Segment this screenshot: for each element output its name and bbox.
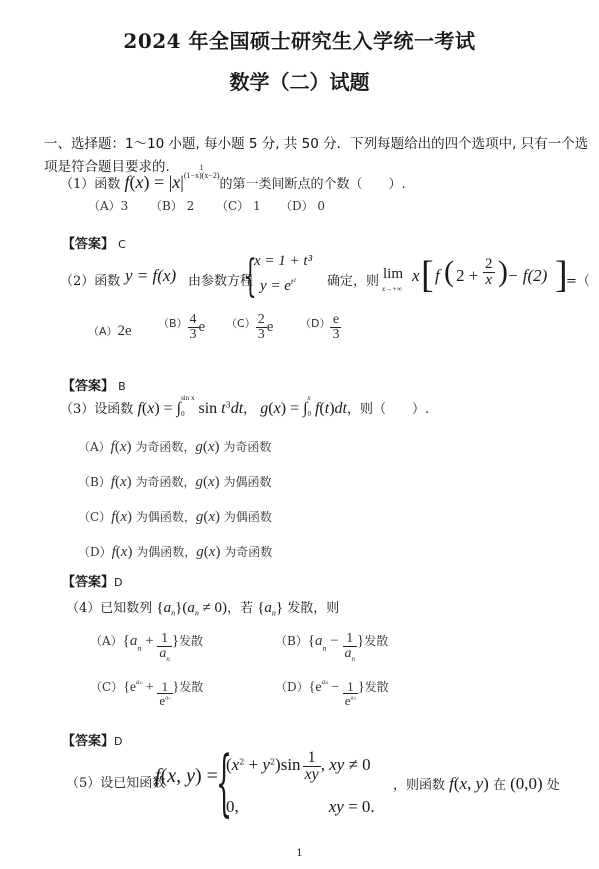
option-b[interactable]: （B） 2 xyxy=(150,197,216,214)
question-text-2: 确定，则 xyxy=(327,270,379,289)
q2-options: （A）2e （B）43e （C）23e （D）e3 xyxy=(88,313,388,353)
option-c[interactable]: （C）{eaₙ + 1eaₙ}发散 xyxy=(90,680,203,707)
answer-q3: 【答案】D xyxy=(62,571,123,590)
option-a[interactable]: （A）2e xyxy=(88,323,132,340)
exam-subtitle: 数学（二）试题 xyxy=(0,66,599,95)
answer-value: D xyxy=(114,576,122,589)
exponent-fraction: 1(1−x)(x−2) xyxy=(184,164,220,180)
param-eq-1: x = 1 + t³ xyxy=(254,253,312,270)
answer-label: 【答案】 xyxy=(62,237,114,252)
option-d[interactable]: （D） 0 xyxy=(280,199,325,213)
expr-x: x xyxy=(412,266,420,286)
answer-q1: 【答案】 C xyxy=(62,233,126,252)
answer-q2: 【答案】 B xyxy=(62,375,126,394)
fraction: 2x xyxy=(483,257,495,288)
section-instructions-line1: 一、选择题：1～10 小题, 每小题 5 分, 共 50 分．下列每题给出的四个… xyxy=(44,132,588,152)
answer-value: D xyxy=(114,735,122,748)
function-lhs: f(x, y) = xyxy=(155,765,218,788)
option-c[interactable]: （C） 1 xyxy=(216,197,280,214)
question-text: 函数 xyxy=(94,177,120,192)
option-d[interactable]: （D）{eaₙ − 1eaₙ}发散 xyxy=(275,680,389,707)
question-number: （1） xyxy=(60,177,94,192)
option-b[interactable]: （B）{an − 1an}发散 xyxy=(275,632,388,663)
option-b[interactable]: （B）f(x) 为奇函数，g(x) 为偶函数 xyxy=(78,473,272,491)
q1-options: （A）3（B） 2（C） 1（D） 0 xyxy=(88,197,325,214)
option-a[interactable]: （A）{an + 1an}发散 xyxy=(90,632,203,663)
question-number: （2）函数 xyxy=(60,270,120,289)
option-c[interactable]: （C）f(x) 为偶函数，g(x) 为偶函数 xyxy=(78,508,272,526)
param-eq-2: y = et² xyxy=(260,277,296,295)
question-suffix: ，则（ ）. xyxy=(347,402,429,417)
answer-label: 【答案】 xyxy=(62,734,114,749)
case-1: (x2 + y2)sin1xy, xy ≠ 0 xyxy=(226,750,371,783)
question-suffix: 的第一类间断点的个数（ ）. xyxy=(220,177,406,192)
question-number: （4） xyxy=(66,601,100,616)
answer-label: 【答案】 xyxy=(62,575,114,590)
expr-f: f xyxy=(435,266,440,286)
lim: lim xyxy=(383,266,403,283)
function-expr: y = f(x) xyxy=(125,266,176,286)
answer-label: 【答案】 xyxy=(62,379,114,394)
option-a[interactable]: （A）3 xyxy=(88,197,150,214)
lim-subscript: x→+∞ xyxy=(382,285,402,293)
exam-title: 2024 年全国硕士研究生入学统一考试 xyxy=(0,25,599,54)
paren: ( xyxy=(444,255,454,289)
answer-value: C xyxy=(118,238,126,251)
option-a[interactable]: （A）f(x) 为奇函数，g(x) 为奇函数 xyxy=(78,438,271,456)
question-number: （5）设已知函数 xyxy=(66,772,165,791)
answer-q4: 【答案】D xyxy=(62,730,123,749)
question-3: （3）设函数 f(x) = ∫sin x0 sin t3dt， g(x) = ∫… xyxy=(60,398,429,421)
option-d[interactable]: （D）e3 xyxy=(300,313,341,342)
question-number: （3） xyxy=(60,402,94,417)
question-suffix: =（ ）. xyxy=(566,270,599,289)
question-suffix: ，则函数 f(x, y) 在 (0,0) 处 xyxy=(393,774,560,794)
expr-tail: − f(2) xyxy=(507,266,547,286)
expr-const: 2 + xyxy=(456,266,478,286)
left-bracket: [ xyxy=(421,253,434,297)
question-text: 设函数 xyxy=(94,402,133,417)
case-2: 0,xy = 0. xyxy=(226,797,375,817)
option-b[interactable]: （B）43e xyxy=(158,313,205,342)
question-5: （5）设已知函数 f(x, y) = { (x2 + y2)sin1xy, xy… xyxy=(66,750,586,820)
page-number: 1 xyxy=(0,848,599,859)
option-c[interactable]: （C）23e xyxy=(226,313,273,342)
option-d[interactable]: （D）f(x) 为偶函数，g(x) 为奇函数 xyxy=(78,543,272,561)
question-4: （4）已知数列 {an}(an ≠ 0)，若 {an} 发散，则 xyxy=(66,597,339,618)
answer-value: B xyxy=(118,380,126,393)
